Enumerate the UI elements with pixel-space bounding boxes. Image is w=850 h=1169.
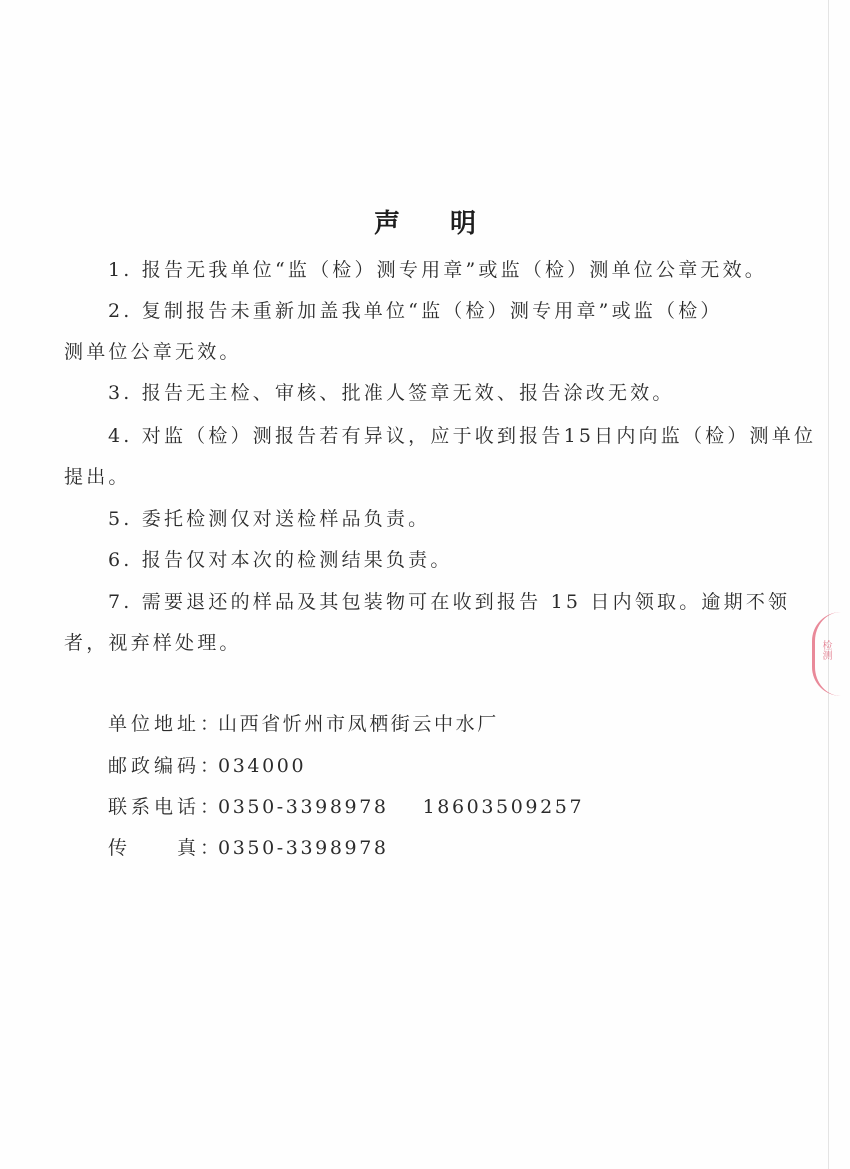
address-value: 山西省忻州市凤栖街云中水厂 bbox=[218, 713, 499, 735]
phone-value: 0350-3398978 bbox=[218, 796, 389, 818]
statement-7-line-1: 7. 需要退还的样品及其包装物可在收到报告 15 日内领取。逾期不领 bbox=[108, 590, 790, 614]
statement-4-line-1: 4. 对监（检）测报告若有异议，应于收到报告15日内向监（检）测单位 bbox=[108, 424, 816, 448]
fax-row: 传 真：0350-3398978 bbox=[108, 836, 389, 860]
phone-label: 联系电话： bbox=[108, 795, 218, 819]
postcode-row: 邮政编码：034000 bbox=[108, 754, 306, 778]
fax-value: 0350-3398978 bbox=[218, 837, 389, 859]
statement-1-line-1: 1. 报告无我单位“监（检）测专用章”或监（检）测单位公章无效。 bbox=[108, 258, 767, 282]
mobile-value: 18603509257 bbox=[423, 796, 585, 818]
postcode-label: 邮政编码： bbox=[108, 754, 218, 778]
page-title: 声明 bbox=[0, 203, 850, 240]
address-label: 单位地址： bbox=[108, 712, 218, 736]
statement-4-line-2: 提出。 bbox=[64, 465, 131, 489]
document-page: 声明 1. 报告无我单位“监（检）测专用章”或监（检）测单位公章无效。 2. 复… bbox=[0, 0, 850, 1169]
statement-2-line-1: 2. 复制报告未重新加盖我单位“监（检）测专用章”或监（检） bbox=[108, 299, 723, 323]
statement-6-line-1: 6. 报告仅对本次的检测结果负责。 bbox=[108, 548, 453, 572]
seal-text: 检测 bbox=[818, 640, 833, 660]
address-row: 单位地址：山西省忻州市凤栖街云中水厂 bbox=[108, 712, 499, 736]
statement-3-line-1: 3. 报告无主检、审核、批准人签章无效、报告涂改无效。 bbox=[108, 381, 675, 405]
statement-7-line-2: 者，视弃样处理。 bbox=[64, 631, 242, 655]
statement-5-line-1: 5. 委托检测仅对送检样品负责。 bbox=[108, 507, 430, 531]
postcode-value: 034000 bbox=[218, 755, 306, 777]
fax-label: 传 真： bbox=[108, 836, 218, 860]
phone-row: 联系电话：0350-339897818603509257 bbox=[108, 795, 584, 819]
scan-edge-divider bbox=[828, 0, 829, 1169]
statement-2-line-2: 测单位公章无效。 bbox=[64, 340, 242, 364]
